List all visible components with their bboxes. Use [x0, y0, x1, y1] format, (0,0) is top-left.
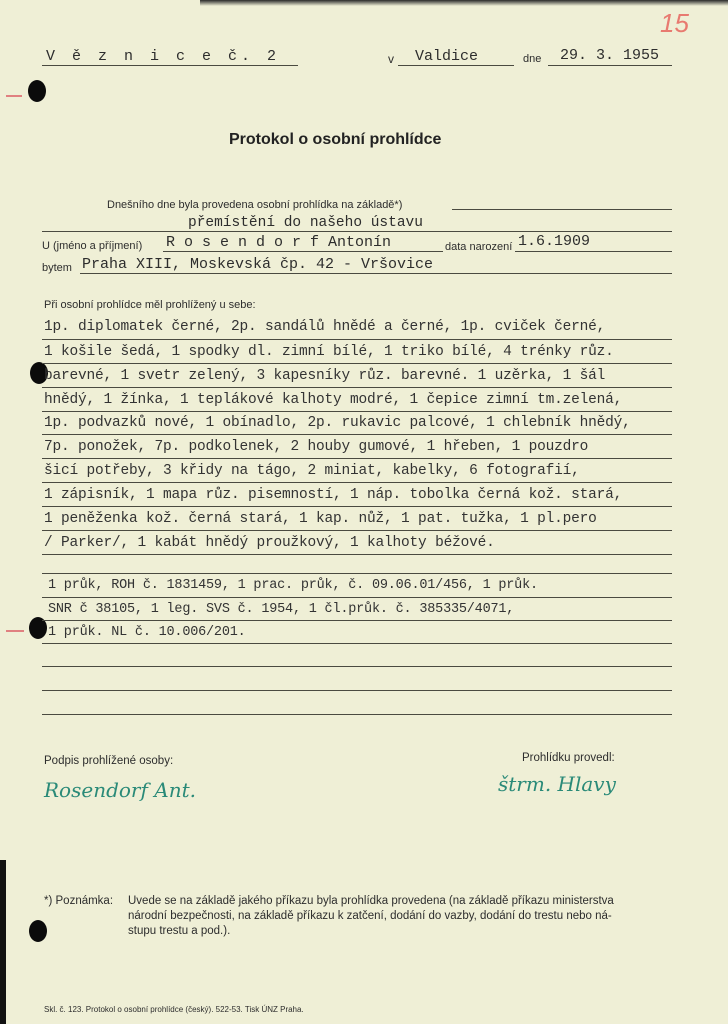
underline [42, 666, 672, 667]
name-value: R o s e n d o r f Antonín [166, 234, 391, 251]
page-number-annotation: 15 [660, 8, 689, 39]
underline [42, 65, 298, 66]
punch-hole-icon [28, 80, 46, 102]
date-value: 29. 3. 1955 [560, 47, 659, 64]
name-label: U (jméno a příjmení) [42, 240, 142, 252]
item-line: 1p. diplomatek černé, 2p. sandálů hnědé … [44, 319, 605, 335]
underline [42, 554, 672, 555]
underline [42, 597, 672, 598]
basis-label: Dnešního dne byla provedena osobní prohl… [107, 199, 402, 211]
underline [42, 231, 672, 232]
page-title: Protokol o osobní prohlídce [229, 131, 441, 149]
underline [163, 251, 443, 252]
underline [42, 530, 672, 531]
underline [42, 643, 672, 644]
margin-mark [6, 630, 24, 632]
item-line: hnědý, 1 žínka, 1 teplákové kalhoty modr… [44, 392, 622, 408]
underline [42, 506, 672, 507]
residence-value: Praha XIII, Moskevská čp. 42 - Vršovice [82, 256, 433, 273]
note-marker: *) Poznámka: [44, 895, 113, 907]
margin-mark [6, 95, 22, 97]
item-line: šicí potřeby, 3 křidy na tágo, 2 miniat,… [44, 463, 580, 479]
punch-hole-icon [29, 920, 47, 942]
document-line: SNR č 38105, 1 leg. SVS č. 1954, 1 čl.pr… [48, 602, 514, 617]
item-line: 7p. ponožek, 7p. podkolenek, 2 houby gum… [44, 439, 588, 455]
document-page: 15 V ě z n i c e č. 2 v Valdice dne 29. … [0, 0, 728, 1024]
institution-name: V ě z n i c e č. 2 [46, 48, 280, 65]
note-text: Uvede se na základě jakého příkazu byla … [128, 895, 614, 907]
scan-edge-left [0, 860, 6, 1024]
underline [42, 434, 672, 435]
birth-label: data narození [445, 241, 512, 253]
underline [42, 458, 672, 459]
note-text: národní bezpečnosti, na základě příkazu … [128, 910, 612, 922]
underline [42, 690, 672, 691]
subject-signature: Rosendorf Ant. [44, 778, 196, 802]
underline [80, 273, 672, 274]
item-line: 1 košile šedá, 1 spodky dl. zimní bílé, … [44, 344, 614, 360]
note-text: stupu trestu a pod.). [128, 925, 230, 937]
date-label: dne [523, 53, 541, 65]
item-line: 1 peněženka kož. černá stará, 1 kap. nůž… [44, 511, 597, 527]
underline [398, 65, 514, 66]
underline [548, 65, 672, 66]
underline [515, 251, 672, 252]
form-footer: Skl. č. 123. Protokol o osobní prohlídce… [44, 1005, 304, 1014]
underline [42, 714, 672, 715]
item-line: 1p. podvazků nové, 1 obínadlo, 2p. rukav… [44, 415, 631, 431]
item-line: / Parker/, 1 kabát hnědý proužkový, 1 ka… [44, 535, 495, 551]
underline [42, 387, 672, 388]
document-line: 1 průk. NL č. 10.006/201. [48, 625, 246, 640]
subject-signature-label: Podpis prohlížené osoby: [44, 755, 173, 767]
underline [42, 620, 672, 621]
officer-signature-label: Prohlídku provedl: [522, 752, 615, 764]
officer-signature: štrm. Hlavy [498, 772, 616, 796]
residence-label: bytem [42, 262, 72, 274]
underline [42, 339, 672, 340]
underline [42, 482, 672, 483]
underline [452, 209, 672, 210]
underline [42, 363, 672, 364]
scan-edge-shadow [200, 0, 728, 6]
underline [42, 411, 672, 412]
items-label: Při osobní prohlídce měl prohlížený u se… [44, 299, 256, 311]
underline [42, 573, 672, 574]
document-line: 1 průk, ROH č. 1831459, 1 prac. průk, č.… [48, 578, 538, 593]
place-value: Valdice [415, 48, 478, 65]
basis-value: přemístění do našeho ústavu [188, 215, 423, 231]
item-line: barevné, 1 svetr zelený, 3 kapesníky růz… [44, 368, 605, 384]
place-label: v [388, 52, 394, 66]
birth-value: 1.6.1909 [518, 233, 590, 250]
item-line: 1 zápisník, 1 mapa růz. pisemností, 1 ná… [44, 487, 622, 503]
